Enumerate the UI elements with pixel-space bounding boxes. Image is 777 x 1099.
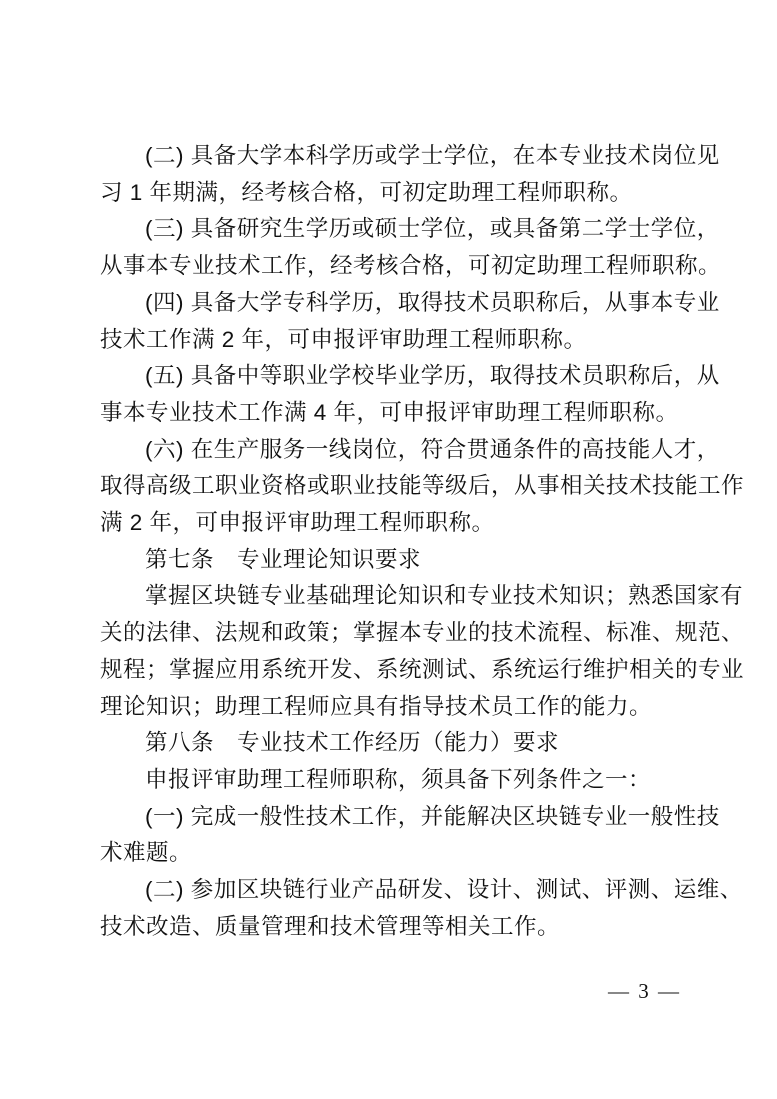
text-line: 第八条 专业技术工作经历（能力）要求 — [100, 725, 712, 762]
paragraph: (二) 参加区块链行业产品研发、设计、测试、评测、运维、技术改造、质量管理和技术… — [100, 872, 712, 945]
document-body: (二) 具备大学本科学历或学士学位，在本专业技术岗位见习 1 年期满，经考核合格… — [100, 138, 712, 945]
text-line: (四) 具备大学专科学历，取得技术员职称后，从事本专业 — [100, 285, 712, 322]
text-line: 技术工作满 2 年，可申报评审助理工程师职称。 — [100, 322, 712, 359]
text-line: 事本专业技术工作满 4 年，可申报评审助理工程师职称。 — [100, 395, 712, 432]
paragraph: (一) 完成一般性技术工作，并能解决区块链专业一般性技术难题。 — [100, 799, 712, 872]
paragraph: (六) 在生产服务一线岗位，符合贯通条件的高技能人才，取得高级工职业资格或职业技… — [100, 432, 712, 542]
paragraph: (三) 具备研究生学历或硕士学位，或具备第二学士学位，从事本专业技术工作，经考核… — [100, 211, 712, 284]
text-line: (三) 具备研究生学历或硕士学位，或具备第二学士学位， — [100, 211, 712, 248]
text-line: 掌握区块链专业基础理论知识和专业技术知识；熟悉国家有 — [100, 578, 712, 615]
paragraph: 申报评审助理工程师职称，须具备下列条件之一： — [100, 762, 712, 799]
text-line: 规程；掌握应用系统开发、系统测试、系统运行维护相关的专业 — [100, 652, 712, 689]
text-line: 习 1 年期满，经考核合格，可初定助理工程师职称。 — [100, 175, 712, 212]
paragraph: (五) 具备中等职业学校毕业学历，取得技术员职称后，从事本专业技术工作满 4 年… — [100, 358, 712, 431]
paragraph: 掌握区块链专业基础理论知识和专业技术知识；熟悉国家有关的法律、法规和政策；掌握本… — [100, 578, 712, 725]
text-line: (二) 参加区块链行业产品研发、设计、测试、评测、运维、 — [100, 872, 712, 909]
text-line: 术难题。 — [100, 835, 712, 872]
paragraph: (二) 具备大学本科学历或学士学位，在本专业技术岗位见习 1 年期满，经考核合格… — [100, 138, 712, 211]
text-line: (一) 完成一般性技术工作，并能解决区块链专业一般性技 — [100, 799, 712, 836]
text-line: 第七条 专业理论知识要求 — [100, 542, 712, 579]
text-line: 从事本专业技术工作，经考核合格，可初定助理工程师职称。 — [100, 248, 712, 285]
text-line: (二) 具备大学本科学历或学士学位，在本专业技术岗位见 — [100, 138, 712, 175]
text-line: (六) 在生产服务一线岗位，符合贯通条件的高技能人才， — [100, 432, 712, 469]
paragraph: 第八条 专业技术工作经历（能力）要求 — [100, 725, 712, 762]
paragraph: (四) 具备大学专科学历，取得技术员职称后，从事本专业技术工作满 2 年，可申报… — [100, 285, 712, 358]
text-line: 理论知识；助理工程师应具有指导技术员工作的能力。 — [100, 689, 712, 726]
text-line: 申报评审助理工程师职称，须具备下列条件之一： — [100, 762, 712, 799]
text-line: (五) 具备中等职业学校毕业学历，取得技术员职称后，从 — [100, 358, 712, 395]
text-line: 满 2 年，可申报评审助理工程师职称。 — [100, 505, 712, 542]
paragraph: 第七条 专业理论知识要求 — [100, 542, 712, 579]
text-line: 技术改造、质量管理和技术管理等相关工作。 — [100, 909, 712, 946]
document-page: (二) 具备大学本科学历或学士学位，在本专业技术岗位见习 1 年期满，经考核合格… — [0, 0, 777, 1099]
page-number: — 3 — — [608, 977, 681, 1005]
text-line: 取得高级工职业资格或职业技能等级后，从事相关技术技能工作 — [100, 468, 712, 505]
text-line: 关的法律、法规和政策；掌握本专业的技术流程、标准、规范、 — [100, 615, 712, 652]
